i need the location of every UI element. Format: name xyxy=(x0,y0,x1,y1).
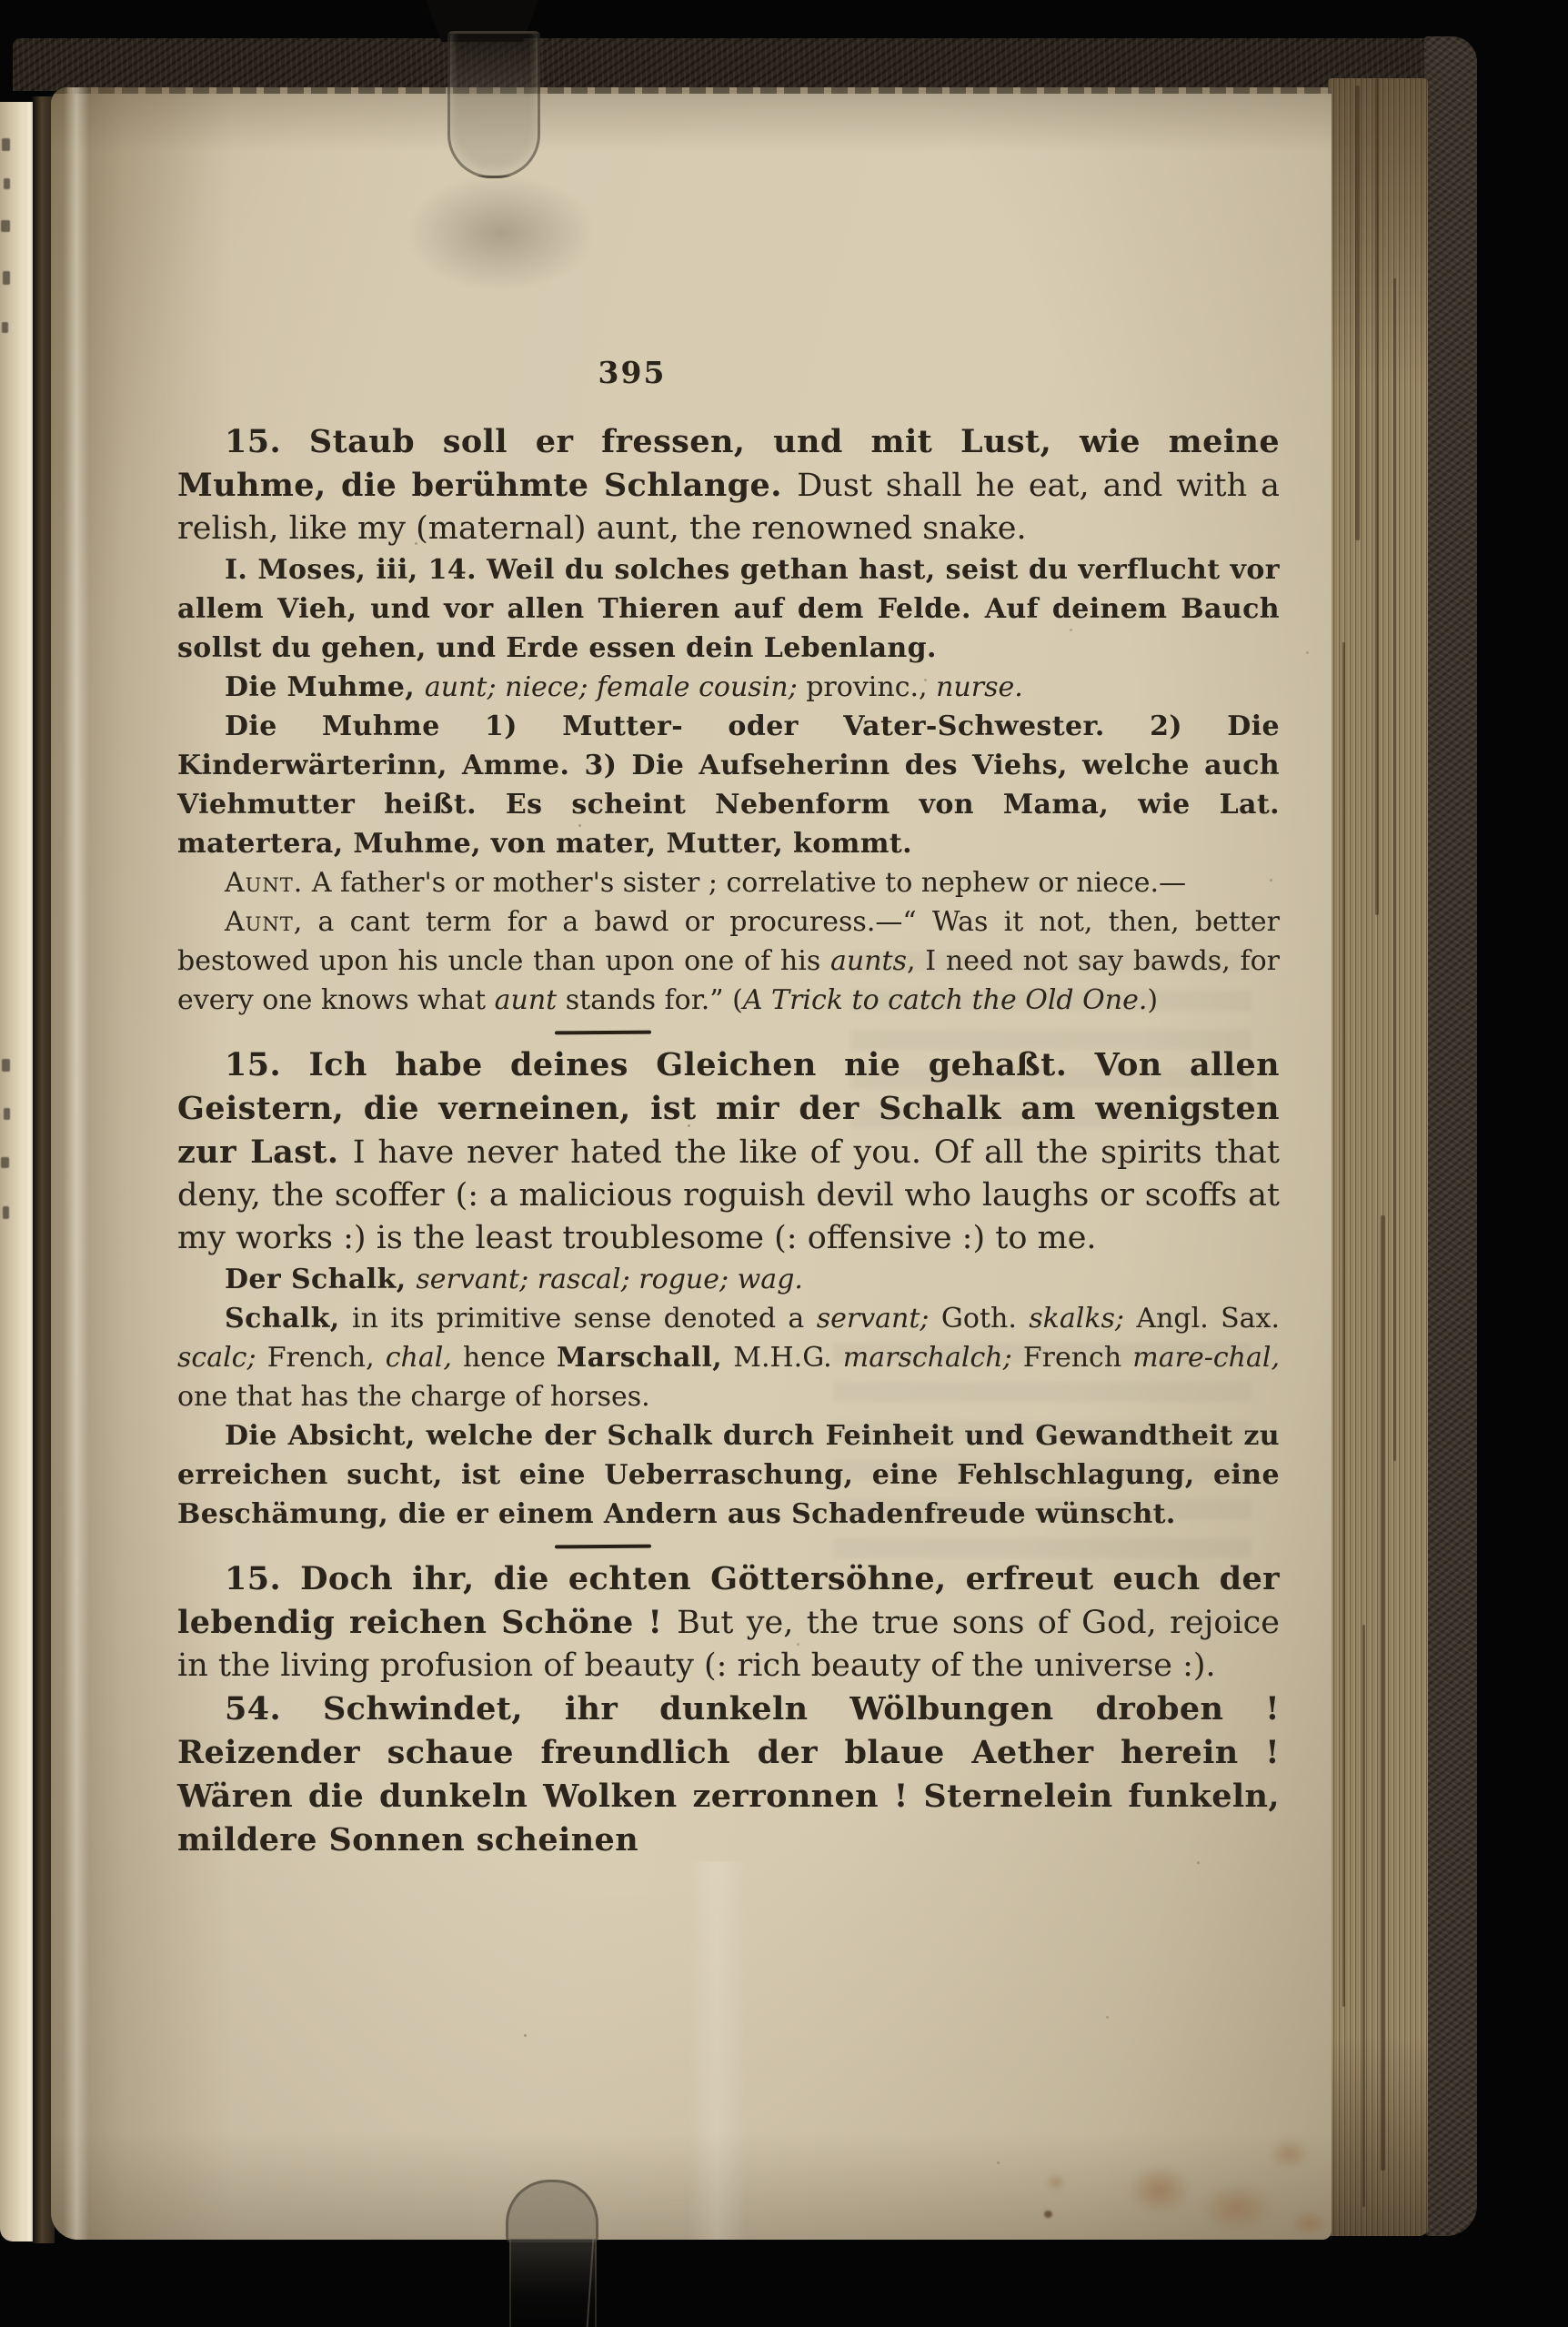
page-edge-streak xyxy=(1393,278,1396,1461)
page-edge-streak xyxy=(1375,78,1379,915)
paragraph-schalk: 15. Ich habe deines Gleichen nie gehaßt.… xyxy=(177,1043,1280,1260)
etymology-text: Angl. Sax. xyxy=(1124,1303,1280,1335)
gloss-muhme: Die Muhme, aunt; niece; female cousin; p… xyxy=(177,668,1280,707)
etymology-text: M.H.G. xyxy=(722,1342,843,1374)
italic-definitions: aunt; niece; female cousin; xyxy=(425,671,806,703)
book-fore-edge-pages xyxy=(1328,78,1428,2236)
text-fragment xyxy=(3,271,10,285)
page-edge-streak xyxy=(1362,1625,1365,2207)
paper-streak xyxy=(688,1861,746,2240)
page-edge-streak xyxy=(1381,1215,1385,2171)
page-edge-streak xyxy=(1355,86,1360,540)
text-fragment xyxy=(4,178,10,189)
italic-word: aunts xyxy=(830,945,907,977)
text-fragment xyxy=(4,1108,10,1120)
text-fragment xyxy=(2,138,10,151)
italic-word: marschalch; xyxy=(843,1342,1012,1374)
italic-source-title: A Trick to catch the Old One. xyxy=(743,984,1148,1016)
text-fragment xyxy=(2,322,8,333)
text-fragment xyxy=(3,1206,9,1219)
paragraph-moses-citation: I. Moses, iii, 14. Weil du solches getha… xyxy=(177,550,1280,668)
italic-definition: nurse. xyxy=(936,671,1023,703)
smallcaps-term: Aunt. xyxy=(225,867,303,899)
foxing-stain xyxy=(1269,2138,1310,2170)
etymology-text: French, xyxy=(256,1342,386,1374)
clip-transparent-strip xyxy=(447,31,540,178)
clip-transparent-strip xyxy=(509,2239,597,2327)
note-absicht: Die Absicht, welche der Schalk durch Fei… xyxy=(177,1416,1280,1534)
german-fraktur-text: I. Moses, iii, 14. Weil du solches getha… xyxy=(177,554,1280,664)
text-fragment xyxy=(1,220,10,232)
foxing-stain xyxy=(1044,2211,1052,2218)
german-term: Die Muhme, xyxy=(225,671,425,703)
etymology-text: French xyxy=(1012,1342,1133,1374)
definition-text: ) xyxy=(1147,984,1158,1016)
german-term: Der Schalk, xyxy=(225,1264,416,1295)
text-column: 15. Staub soll er fressen, und mit Lust,… xyxy=(177,420,1280,1862)
paragraph-staub: 15. Staub soll er fressen, und mit Lust,… xyxy=(177,420,1280,550)
note-aunt-definition: Aunt. A father's or mother's sister ; co… xyxy=(177,863,1280,902)
etymology-text: one that has the charge of horses. xyxy=(177,1381,650,1413)
italic-word: servant; xyxy=(817,1303,930,1335)
abbreviation: provinc., xyxy=(806,671,936,703)
paragraph-doch-ihr: 15. Doch ihr, die echten Göttersöhne, er… xyxy=(177,1557,1280,1687)
section-divider xyxy=(555,1545,651,1549)
german-fraktur-text: Die Absicht, welche der Schalk durch Fei… xyxy=(177,1420,1280,1530)
german-fraktur-text: Die Muhme 1) Mutter- oder Vater-Schweste… xyxy=(177,710,1280,860)
book-cover-right-edge xyxy=(1424,36,1477,2236)
book-cover-top-edge xyxy=(13,38,1468,91)
italic-word: skalks; xyxy=(1029,1303,1124,1335)
smallcaps-term: Aunt xyxy=(225,906,294,938)
note-schalk-etymology: Schalk, in its primitive sense denoted a… xyxy=(177,1299,1280,1416)
paragraph-schwindet: 54. Schwindet, ihr dunkeln Wölbungen dro… xyxy=(177,1687,1280,1862)
text-fragment xyxy=(2,1059,10,1072)
italic-word: aunt xyxy=(495,984,558,1016)
italic-word: scalc; xyxy=(177,1342,256,1374)
italic-word: mare-chal, xyxy=(1132,1342,1280,1374)
german-fraktur-text: 54. Schwindet, ihr dunkeln Wölbungen dro… xyxy=(177,1690,1280,1859)
page-number: 395 xyxy=(177,355,1087,390)
foxing-stain xyxy=(1201,2183,1273,2233)
gloss-schalk: Der Schalk, servant; rascal; rogue; wag. xyxy=(177,1260,1280,1299)
etymology-text: hence xyxy=(452,1342,557,1374)
foxing-stain xyxy=(1292,2211,1328,2236)
book-page: 395 15. Staub soll er fressen, und mit L… xyxy=(51,87,1332,2240)
german-term: Schalk, xyxy=(225,1303,340,1335)
page-edge-streak xyxy=(1342,642,1345,2007)
foxing-stain xyxy=(1128,2165,1191,2215)
italic-word: chal, xyxy=(386,1342,452,1374)
foxing-stain xyxy=(1046,2174,1066,2191)
note-aunt-cant-term: Aunt, a cant term for a bawd or procures… xyxy=(177,902,1280,1020)
adjacent-page-sliver xyxy=(0,102,33,2241)
german-word: Marschall, xyxy=(557,1342,722,1374)
section-divider xyxy=(555,1031,651,1035)
etymology-text: in its primitive sense denoted a xyxy=(340,1303,817,1335)
scanned-book-photo: 395 15. Staub soll er fressen, und mit L… xyxy=(0,0,1568,2327)
text-fragment xyxy=(1,1157,9,1168)
note-muhme: Die Muhme 1) Mutter- oder Vater-Schweste… xyxy=(177,707,1280,863)
etymology-text: Goth. xyxy=(930,1303,1030,1335)
definition-text: A father's or mother's sister ; correlat… xyxy=(303,867,1186,899)
clip-shadow xyxy=(406,174,597,292)
italic-definitions: servant; rascal; rogue; wag. xyxy=(416,1264,803,1295)
definition-text: stands for.” ( xyxy=(557,984,743,1016)
